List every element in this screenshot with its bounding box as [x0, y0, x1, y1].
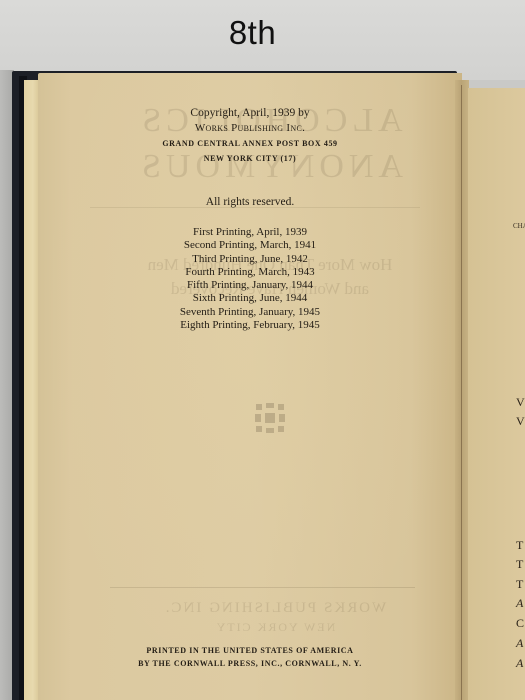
- right-page-letter: A: [516, 596, 523, 611]
- printing-entry: Fifth Printing, January, 1944: [38, 279, 462, 292]
- bleed-publisher: WORKS PUBLISHING INC.: [160, 600, 390, 617]
- printing-entry: Sixth Printing, June, 1944: [38, 292, 462, 305]
- right-page-letter: V: [516, 395, 525, 410]
- right-page-letter: T: [516, 557, 523, 572]
- printing-entry: Seventh Printing, January, 1945: [38, 306, 462, 319]
- printing-entry: Second Printing, March, 1941: [38, 239, 462, 252]
- right-page-letter: T: [516, 577, 523, 592]
- right-page-letter: A: [516, 656, 523, 671]
- copyright-block: Copyright, April, 1939 by Works Publishi…: [38, 106, 462, 166]
- copyright-line: Copyright, April, 1939 by: [38, 106, 462, 121]
- gutter-line: [461, 85, 462, 700]
- publisher-city: NEW YORK CITY (17): [38, 151, 462, 166]
- bleed-city: NEW YORK CITY: [160, 620, 390, 635]
- publisher-address: GRAND CENTRAL ANNEX POST BOX 459: [38, 136, 462, 151]
- bleed-ornament-icon: [254, 402, 286, 434]
- right-page-chapter-label: CHA: [513, 222, 525, 230]
- bleed-rule-bottom: [110, 587, 415, 588]
- rights-reserved: All rights reserved.: [38, 196, 462, 208]
- printing-entry: Eighth Printing, February, 1945: [38, 319, 462, 332]
- right-page-letter: C: [516, 616, 524, 631]
- printing-entry: Fourth Printing, March, 1943: [38, 266, 462, 279]
- printing-entry: First Printing, April, 1939: [38, 226, 462, 239]
- right-page-letter: A: [516, 636, 523, 651]
- right-page-letter: T: [516, 538, 523, 553]
- printer-block: PRINTED IN THE UNITED STATES OF AMERICA …: [38, 644, 462, 670]
- printing-entry: Third Printing, June, 1942: [38, 253, 462, 266]
- printer-line-1: PRINTED IN THE UNITED STATES OF AMERICA: [38, 644, 462, 657]
- printer-line-2: BY THE CORNWALL PRESS, INC., CORNWALL, N…: [38, 657, 462, 670]
- edition-label: 8th: [0, 14, 505, 52]
- printing-history: First Printing, April, 1939 Second Print…: [38, 226, 462, 332]
- book-gutter: [455, 80, 469, 700]
- publisher-name: Works Publishing Inc.: [38, 121, 462, 136]
- right-page-letter: V: [516, 414, 525, 429]
